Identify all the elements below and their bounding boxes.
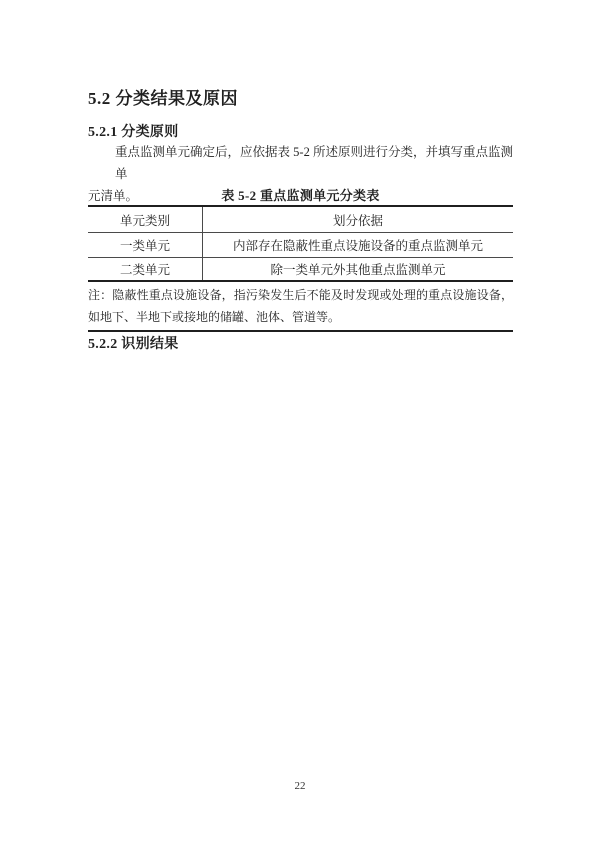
table-header-category: 单元类别 [88, 207, 203, 232]
footnote-line-2: 如地下、半地下或接地的储罐、池体、管道等。 [88, 306, 513, 328]
table-cell-basis: 内部存在隐蔽性重点设施设备的重点监测单元 [203, 233, 513, 257]
page-number: 22 [0, 780, 600, 792]
table-row: 二类单元 除一类单元外其他重点监测单元 [88, 258, 513, 282]
footnote-line-1: 注：隐蔽性重点设施设备，指污染发生后不能及时发现或处理的重点设施设备， [88, 284, 513, 306]
classification-table: 单元类别 划分依据 一类单元 内部存在隐蔽性重点设施设备的重点监测单元 二类单元… [88, 205, 513, 282]
table-cell-category: 一类单元 [88, 233, 203, 257]
table-cell-category: 二类单元 [88, 258, 203, 280]
subsection-heading-5-2-2: 5.2.2 识别结果 [88, 333, 179, 353]
paragraph-line-1: 重点监测单元确定后，应依据表 5-2 所述原则进行分类，并填写重点监测单 [88, 141, 513, 185]
table-footnote: 注：隐蔽性重点设施设备，指污染发生后不能及时发现或处理的重点设施设备， 如地下、… [88, 282, 513, 332]
table-cell-basis: 除一类单元外其他重点监测单元 [203, 258, 513, 280]
document-page: 5.2 分类结果及原因 5.2.1 分类原则 重点监测单元确定后，应依据表 5-… [0, 0, 600, 848]
table-header-row: 单元类别 划分依据 [88, 207, 513, 233]
table-caption: 表 5-2 重点监测单元分类表 [88, 185, 513, 204]
table-row: 一类单元 内部存在隐蔽性重点设施设备的重点监测单元 [88, 233, 513, 258]
table-header-basis: 划分依据 [203, 207, 513, 232]
subsection-heading-5-2-1: 5.2.1 分类原则 [88, 121, 179, 141]
section-heading-5-2: 5.2 分类结果及原因 [88, 84, 238, 109]
